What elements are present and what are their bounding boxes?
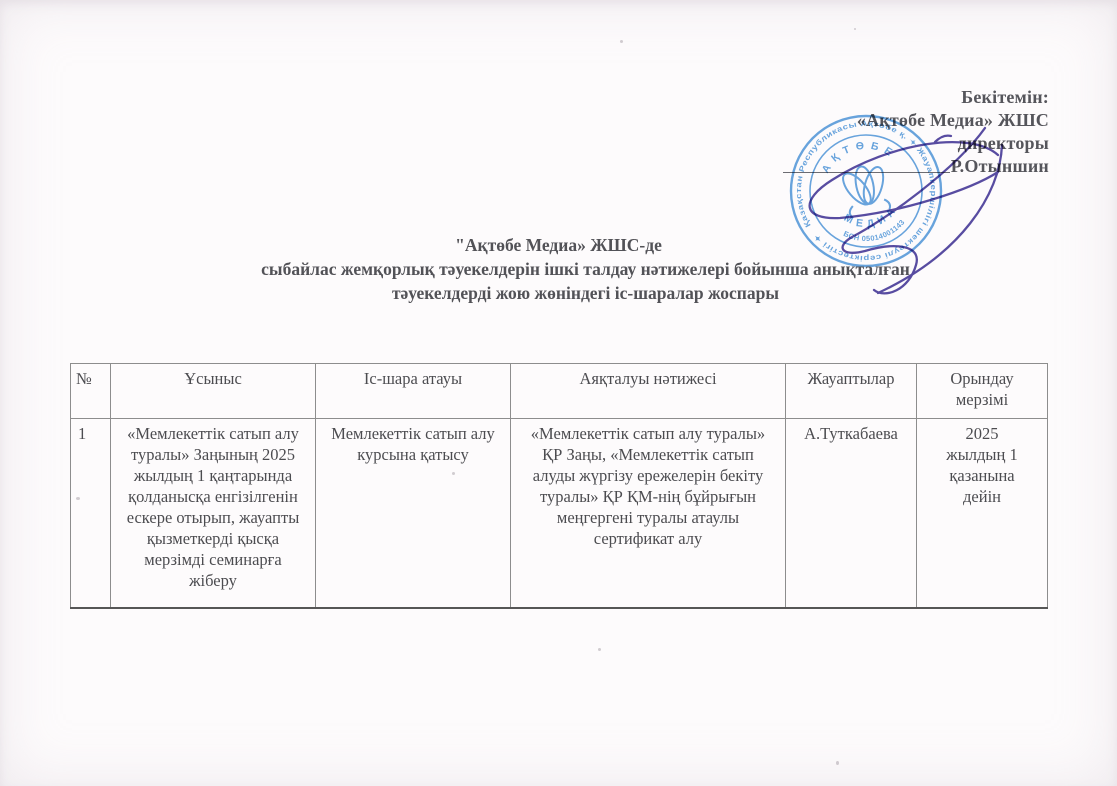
header-proposal: Ұсыныс: [111, 364, 316, 419]
document-title: "Ақтөбе Медиа» ЖШС-де сыбайлас жемқорлық…: [0, 233, 1117, 305]
header-number: №: [71, 364, 111, 419]
scan-speck: [854, 28, 856, 30]
cell-result: «Мемлекеттік сатып алу туралы» ҚР Заңы, …: [511, 419, 786, 609]
title-line-3: тәуекелдерді жою жөніндегі іс-шаралар жо…: [27, 281, 1117, 305]
cell-proposal: «Мемлекеттік сатып алу туралы» Заңының 2…: [111, 419, 316, 609]
title-line-2: сыбайлас жемқорлық тәуекелдерін ішкі тал…: [27, 257, 1117, 281]
action-plan-table: № Ұсыныс Іс-шара атауы Аяқталуы нәтижесі…: [70, 363, 1048, 609]
cell-number: 1: [71, 419, 111, 609]
title-line-1: "Ақтөбе Медиа» ЖШС-де: [0, 233, 1117, 257]
scan-speck: [598, 648, 601, 651]
cell-responsible: А.Туткабаева: [786, 419, 917, 609]
table-header-row: № Ұсыныс Іс-шара атауы Аяқталуы нәтижесі…: [71, 364, 1048, 419]
header-responsible: Жауаптылар: [786, 364, 917, 419]
header-result: Аяқталуы нәтижесі: [511, 364, 786, 419]
scan-speck: [620, 40, 623, 43]
cell-activity: Мемлекеттік сатып алу курсына қатысу: [316, 419, 511, 609]
header-deadline: Орындау мерзімі: [917, 364, 1048, 419]
cell-deadline: 2025 жылдың 1 қазанына дейін: [917, 419, 1048, 609]
table-row: 1 «Мемлекеттік сатып алу туралы» Заңының…: [71, 419, 1048, 609]
signature-loop-stroke: [810, 142, 998, 218]
scanned-document-page: { "colors":{ "paper":"#fdfbfc", "text_in…: [0, 0, 1117, 786]
header-activity: Іс-шара атауы: [316, 364, 511, 419]
scan-speck: [836, 761, 839, 765]
